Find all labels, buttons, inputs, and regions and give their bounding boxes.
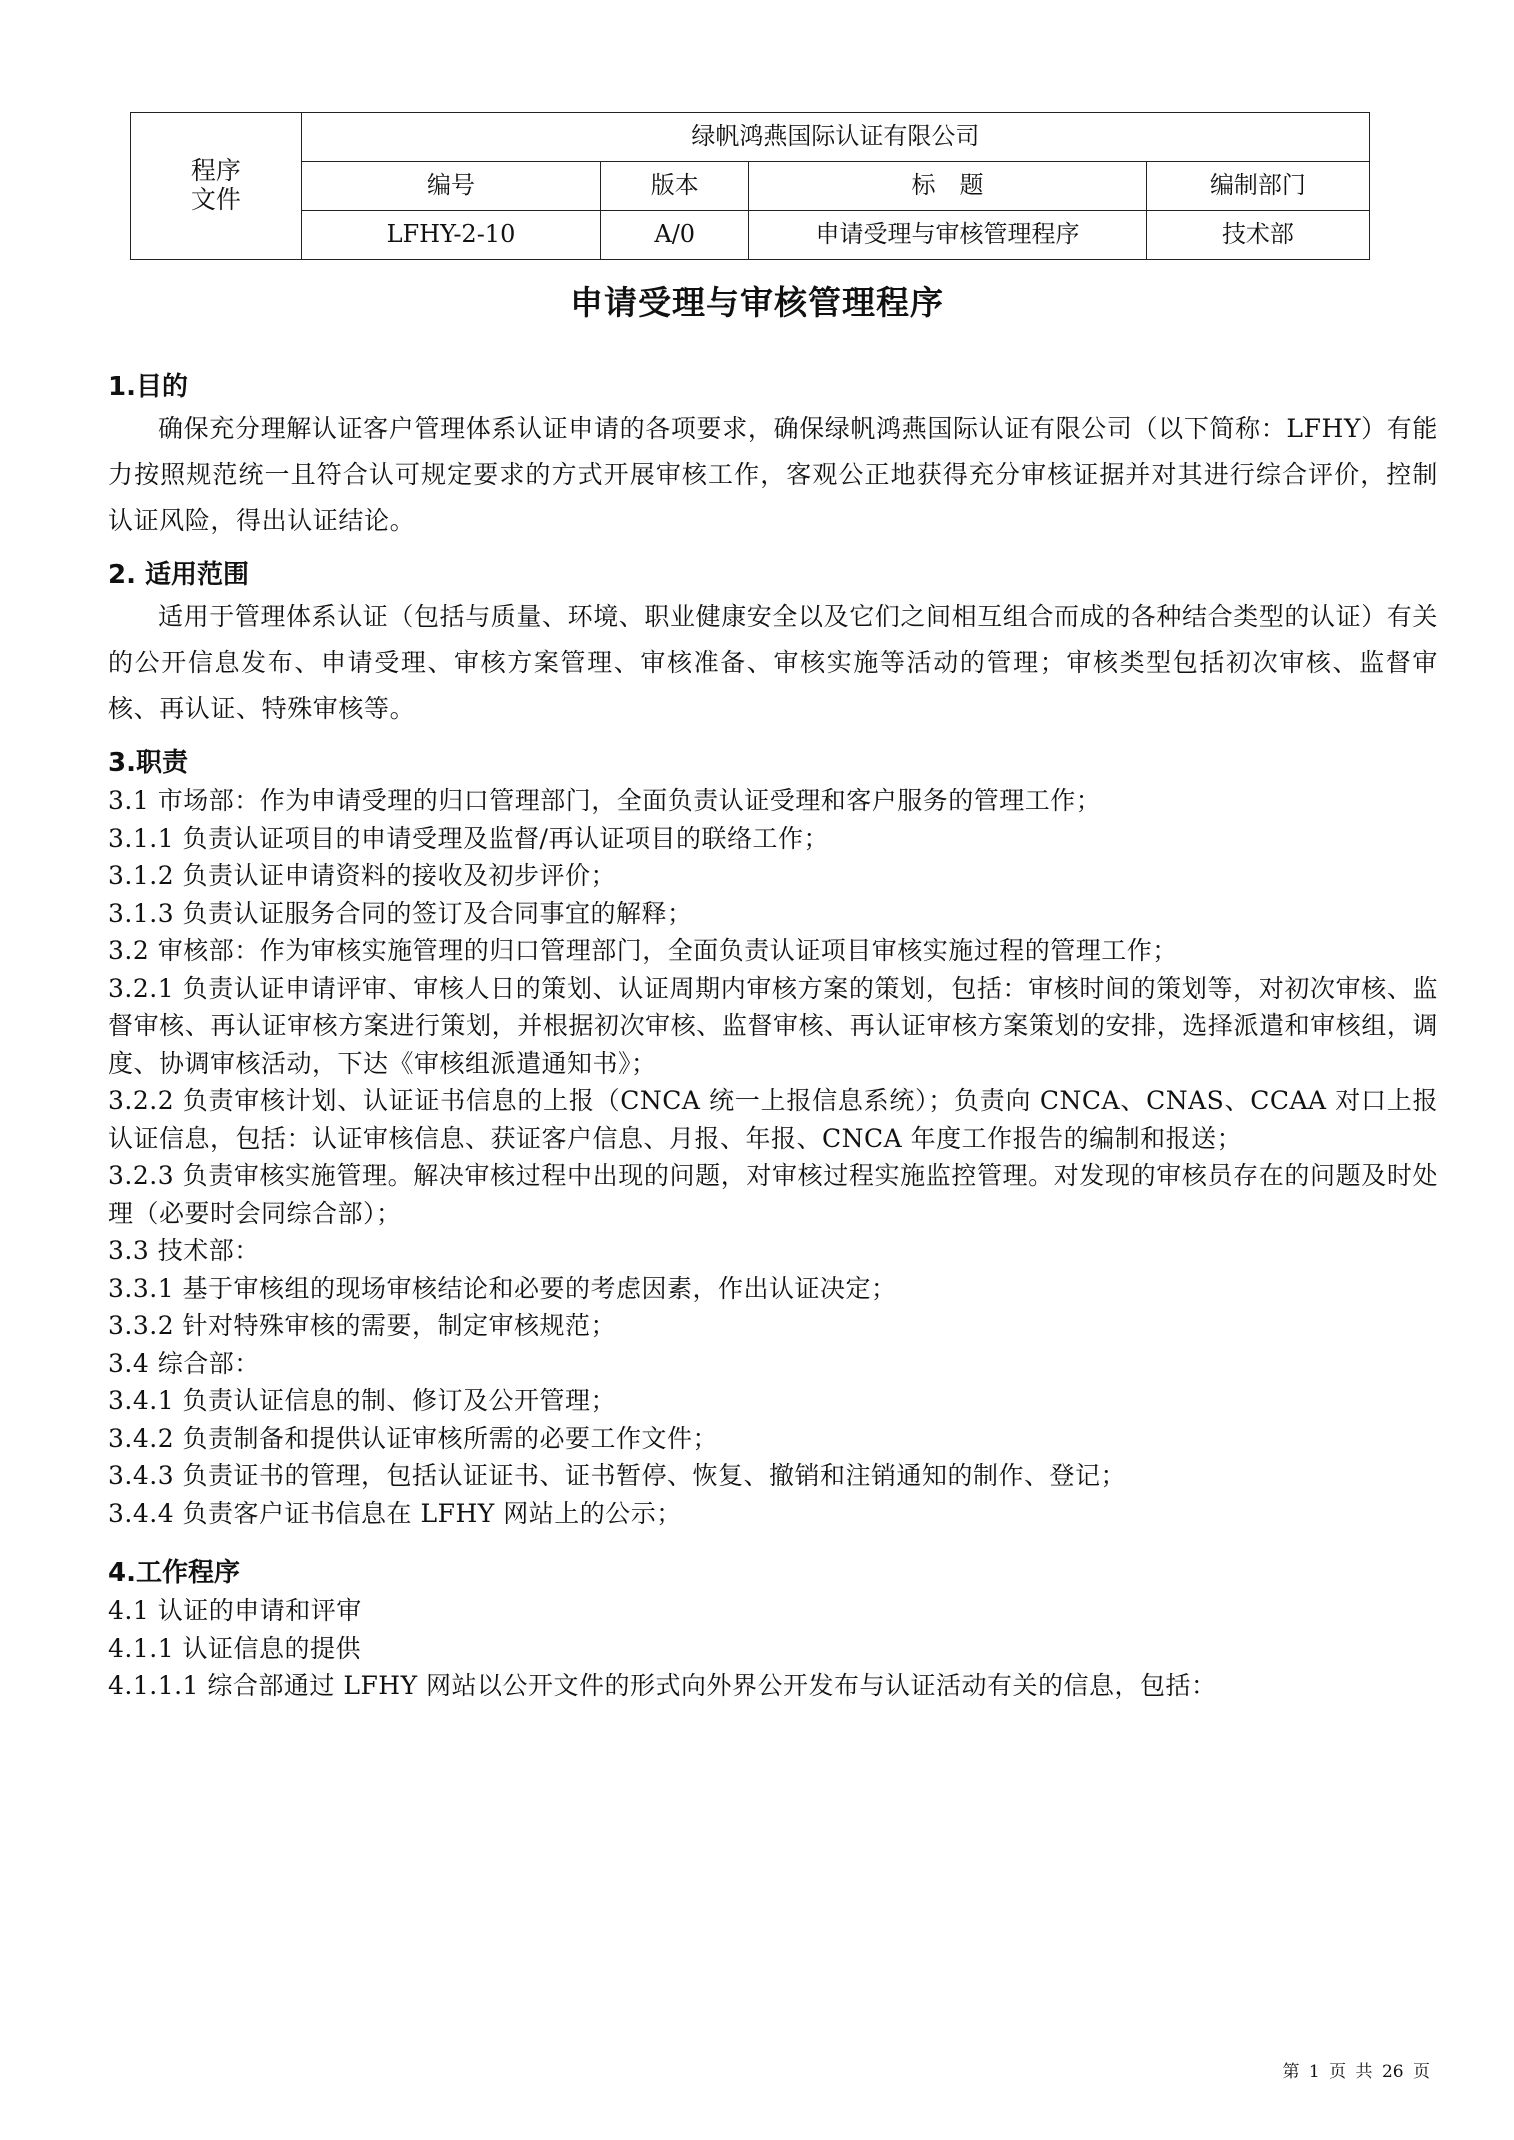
company-name: 绿帆鸿燕国际认证有限公司	[301, 113, 1369, 162]
responsibility-item: 3.2.2 负责审核计划、认证证书信息的上报（CNCA 统一上报信息系统）；负责…	[108, 1082, 1438, 1157]
page-title: 申请受理与审核管理程序	[0, 277, 1514, 324]
responsibility-item: 3.3 技术部：	[108, 1232, 1438, 1270]
document-body: 1.目的 确保充分理解认证客户管理体系认证申请的各项要求，确保绿帆鸿燕国际认证有…	[108, 368, 1438, 1705]
procedure-item: 4.1.1.1 综合部通过 LFHY 网站以公开文件的形式向外界公开发布与认证活…	[108, 1667, 1438, 1705]
responsibility-item: 3.4.1 负责认证信息的制、修订及公开管理；	[108, 1382, 1438, 1420]
doc-version: A/0	[601, 211, 749, 260]
doc-type-line-1: 程序	[191, 156, 241, 185]
procedure-item: 4.1 认证的申请和评审	[108, 1592, 1438, 1630]
doc-number: LFHY-2-10	[301, 211, 601, 260]
procedure-item: 4.1.1 认证信息的提供	[108, 1630, 1438, 1668]
responsibility-item: 3.1.3 负责认证服务合同的签订及合同事宜的解释；	[108, 895, 1438, 933]
doc-type-label: 程序 文件	[131, 113, 302, 260]
column-header-version: 版本	[601, 162, 749, 211]
scope-paragraph: 适用于管理体系认证（包括与质量、环境、职业健康安全以及它们之间相互组合而成的各种…	[108, 594, 1438, 732]
section-heading-purpose: 1.目的	[108, 368, 1438, 406]
responsibility-item: 3.3.1 基于审核组的现场审核结论和必要的考虑因素，作出认证决定；	[108, 1270, 1438, 1308]
section-heading-scope: 2. 适用范围	[108, 556, 1438, 594]
responsibility-item: 3.2.1 负责认证申请评审、审核人日的策划、认证周期内审核方案的策划，包括：审…	[108, 970, 1438, 1083]
doc-title-cell: 申请受理与审核管理程序	[749, 211, 1147, 260]
section-heading-procedure: 4.工作程序	[108, 1554, 1438, 1592]
responsibility-item: 3.2 审核部：作为审核实施管理的归口管理部门，全面负责认证项目审核实施过程的管…	[108, 932, 1438, 970]
responsibility-item: 3.3.2 针对特殊审核的需要，制定审核规范；	[108, 1307, 1438, 1345]
column-header-number: 编号	[301, 162, 601, 211]
page-number-footer: 第 1 页 共 26 页	[1283, 2057, 1430, 2082]
responsibility-item: 3.1.2 负责认证申请资料的接收及初步评价；	[108, 857, 1438, 895]
doc-type-line-2: 文件	[191, 185, 241, 214]
doc-department: 技术部	[1146, 211, 1369, 260]
column-header-department: 编制部门	[1146, 162, 1369, 211]
responsibility-item: 3.4.2 负责制备和提供认证审核所需的必要工作文件；	[108, 1420, 1438, 1458]
purpose-paragraph: 确保充分理解认证客户管理体系认证申请的各项要求，确保绿帆鸿燕国际认证有限公司（以…	[108, 406, 1438, 544]
responsibility-item: 3.1.1 负责认证项目的申请受理及监督/再认证项目的联络工作；	[108, 820, 1438, 858]
responsibility-item: 3.4 综合部：	[108, 1345, 1438, 1383]
section-heading-responsibilities: 3.职责	[108, 744, 1438, 782]
document-header-table: 程序 文件 绿帆鸿燕国际认证有限公司 编号 版本 标 题 编制部门 LFHY-2…	[130, 112, 1370, 260]
responsibility-item: 3.4.4 负责客户证书信息在 LFHY 网站上的公示；	[108, 1495, 1438, 1533]
responsibility-item: 3.4.3 负责证书的管理，包括认证证书、证书暂停、恢复、撤销和注销通知的制作、…	[108, 1457, 1438, 1495]
responsibility-item: 3.2.3 负责审核实施管理。解决审核过程中出现的问题，对审核过程实施监控管理。…	[108, 1157, 1438, 1232]
column-header-title: 标 题	[749, 162, 1147, 211]
responsibility-item: 3.1 市场部：作为申请受理的归口管理部门，全面负责认证受理和客户服务的管理工作…	[108, 782, 1438, 820]
